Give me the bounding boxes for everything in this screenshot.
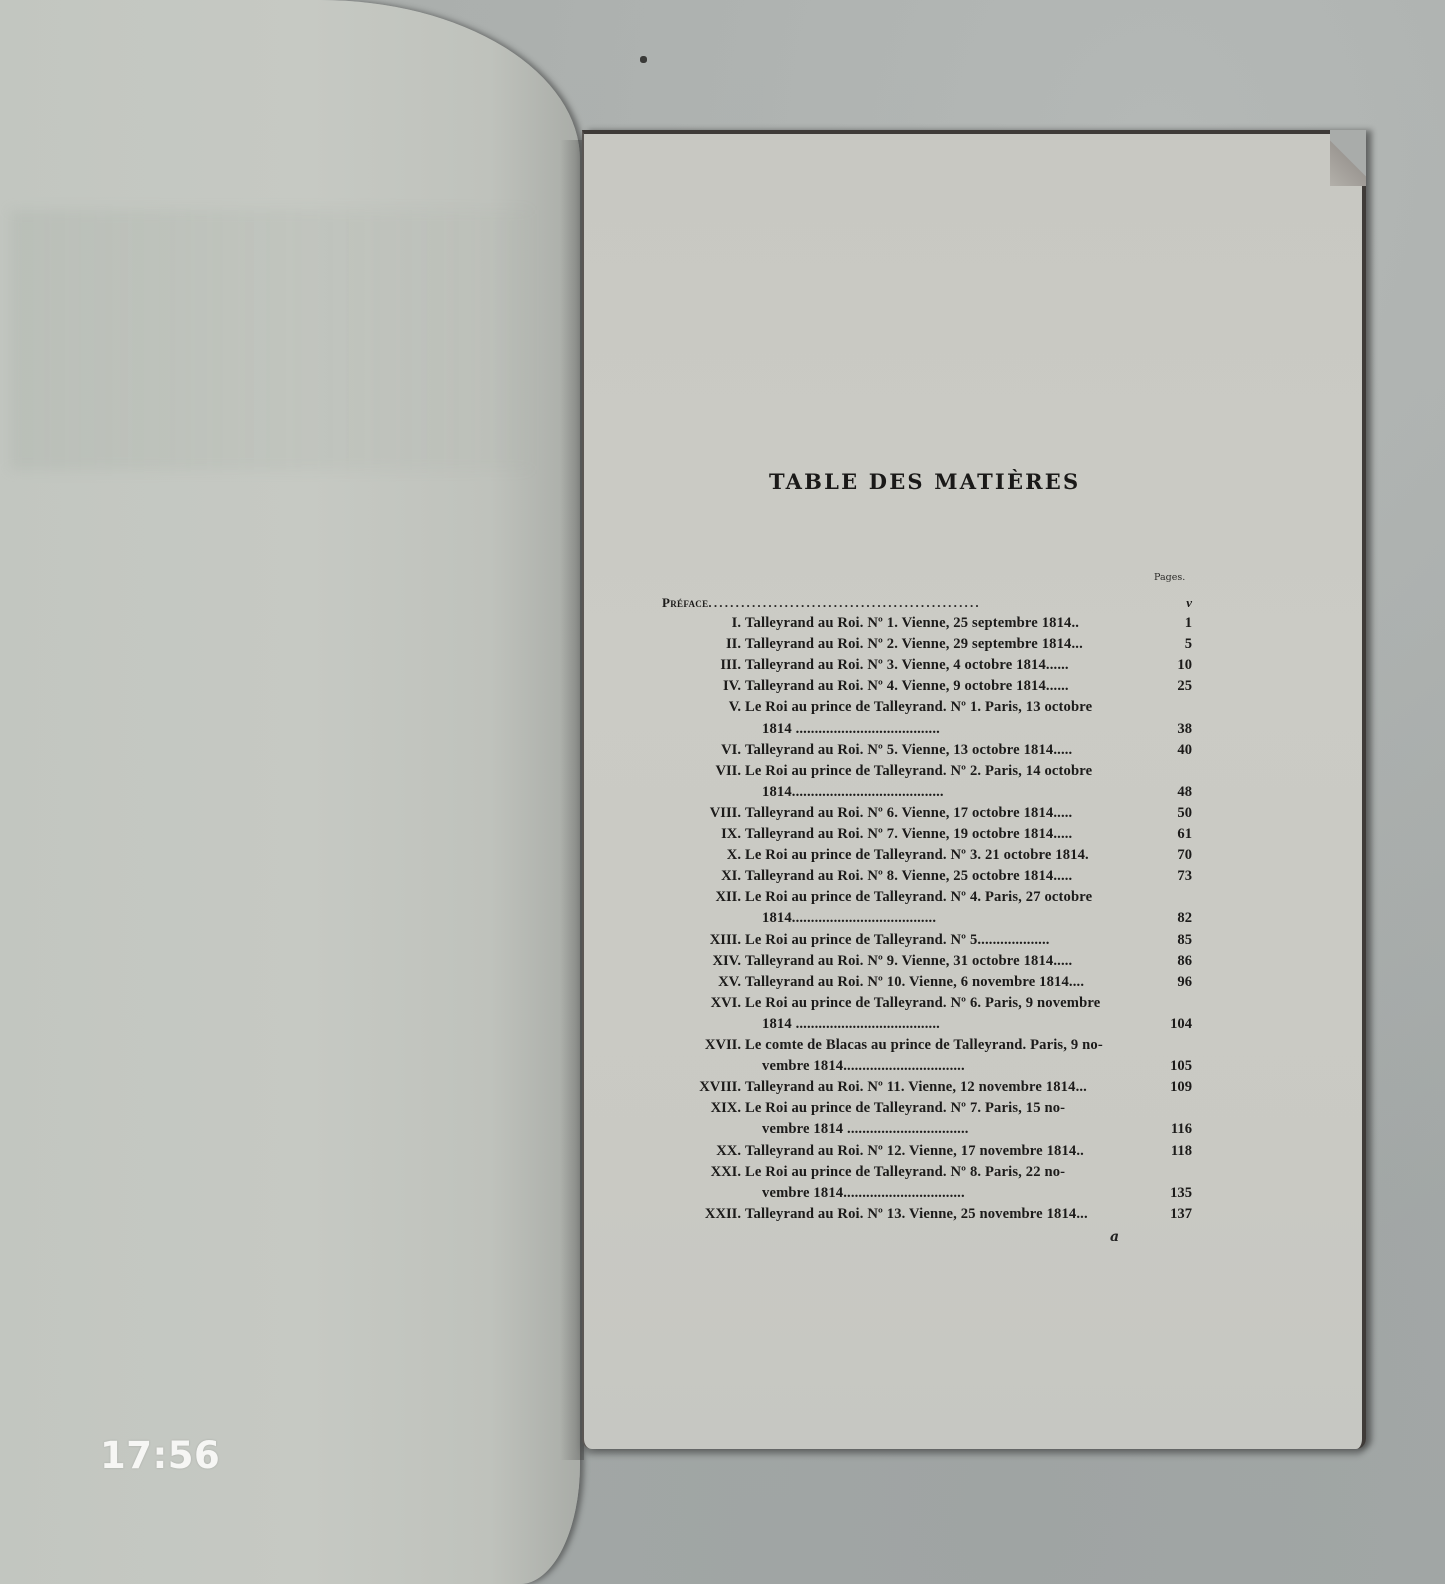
entry-roman-numeral: II. — [641, 634, 741, 655]
entry-roman-numeral: VIII. — [641, 803, 741, 824]
toc-entry-row: VIII.Talleyrand au Roi. Nº 6. Vienne, 17… — [662, 803, 1192, 824]
entry-page-number: 82 — [1152, 908, 1192, 929]
entry-roman-numeral: XXI. — [641, 1162, 741, 1183]
entry-title: Le Roi au prince de Talleyrand. Nº 8. Pa… — [745, 1162, 1145, 1183]
left-page-verso — [0, 0, 580, 1584]
toc-entry-row: vembre 1814.............................… — [662, 1056, 1192, 1077]
pages-column-header: Pages. — [1154, 572, 1185, 583]
toc-entry-row: XVIII.Talleyrand au Roi. Nº 11. Vienne, … — [662, 1077, 1192, 1098]
toc-preface-row: Préface.................................… — [662, 592, 1192, 613]
toc-entry-row: X.Le Roi au prince de Talleyrand. Nº 3. … — [662, 845, 1192, 866]
toc-entry-row: IX.Talleyrand au Roi. Nº 7. Vienne, 19 o… — [662, 824, 1192, 845]
entry-title: Talleyrand au Roi. Nº 7. Vienne, 19 octo… — [745, 824, 1145, 845]
entry-title: Talleyrand au Roi. Nº 13. Vienne, 25 nov… — [745, 1204, 1145, 1225]
right-page-recto: TABLE DES MATIÈRES Pages. Préface.......… — [582, 130, 1366, 1449]
entry-page-number: 118 — [1152, 1141, 1192, 1162]
toc-entry-row: XXII.Talleyrand au Roi. Nº 13. Vienne, 2… — [662, 1204, 1192, 1225]
toc-entry-row: 1814....................................… — [662, 908, 1192, 929]
entry-roman-numeral: XVIII. — [641, 1077, 741, 1098]
entry-page-number: 86 — [1152, 951, 1192, 972]
entry-title: Le Roi au prince de Talleyrand. Nº 5....… — [745, 930, 1145, 951]
entry-roman-numeral: XIV. — [641, 951, 741, 972]
entry-roman-numeral: XI. — [641, 866, 741, 887]
entry-roman-numeral: I. — [641, 613, 741, 634]
entry-page-number: 38 — [1152, 719, 1192, 740]
entry-title: Le Roi au prince de Talleyrand. Nº 3. 21… — [745, 845, 1145, 866]
entry-page-number: 50 — [1152, 803, 1192, 824]
entry-title: Talleyrand au Roi. Nº 10. Vienne, 6 nove… — [745, 972, 1145, 993]
entry-roman-numeral: VI. — [641, 740, 741, 761]
entry-page-number: 40 — [1152, 740, 1192, 761]
entry-roman-numeral: X. — [641, 845, 741, 866]
entry-roman-numeral: XVII. — [641, 1035, 741, 1056]
entry-title: Talleyrand au Roi. Nº 1. Vienne, 25 sept… — [745, 613, 1145, 634]
preface-label: Préface.................................… — [662, 592, 1142, 613]
entry-title: Talleyrand au Roi. Nº 4. Vienne, 9 octob… — [745, 676, 1145, 697]
photo-timestamp: 17:56 — [100, 1434, 220, 1477]
entry-page-number: 10 — [1152, 655, 1192, 676]
entry-page-number: 109 — [1152, 1077, 1192, 1098]
entry-title: Talleyrand au Roi. Nº 3. Vienne, 4 octob… — [745, 655, 1145, 676]
page-title: TABLE DES MATIÈRES — [769, 469, 1080, 494]
toc-entry-row: XII.Le Roi au prince de Talleyrand. Nº 4… — [662, 887, 1192, 908]
toc-entry-row: XIX.Le Roi au prince de Talleyrand. Nº 7… — [662, 1098, 1192, 1119]
entry-title-continuation: 1814....................................… — [762, 908, 1145, 929]
entry-roman-numeral: XIII. — [641, 930, 741, 951]
entry-roman-numeral: III. — [641, 655, 741, 676]
entry-page-number: 137 — [1152, 1204, 1192, 1225]
toc-entry-row: I.Talleyrand au Roi. Nº 1. Vienne, 25 se… — [662, 613, 1192, 634]
entry-roman-numeral: IX. — [641, 824, 741, 845]
entry-title-continuation: 1814 ...................................… — [762, 1014, 1145, 1035]
toc-entry-row: XIII.Le Roi au prince de Talleyrand. Nº … — [662, 930, 1192, 951]
entry-roman-numeral: XIX. — [641, 1098, 741, 1119]
entry-title: Le Roi au prince de Talleyrand. Nº 7. Pa… — [745, 1098, 1145, 1119]
entry-title-continuation: vembre 1814 ............................… — [762, 1119, 1145, 1140]
entry-title: Le Roi au prince de Talleyrand. Nº 4. Pa… — [745, 887, 1145, 908]
entry-page-number: 48 — [1152, 782, 1192, 803]
entry-title: Talleyrand au Roi. Nº 11. Vienne, 12 nov… — [745, 1077, 1145, 1098]
toc-entry-row: 1814 ...................................… — [662, 1014, 1192, 1035]
entry-page-number: 70 — [1152, 845, 1192, 866]
entry-roman-numeral: XX. — [641, 1141, 741, 1162]
toc-entry-row: 1814 ...................................… — [662, 719, 1192, 740]
folded-corner — [1330, 130, 1366, 186]
toc-entry-row: V.Le Roi au prince de Talleyrand. Nº 1. … — [662, 697, 1192, 718]
entry-roman-numeral: V. — [641, 697, 741, 718]
toc-entry-row: vembre 1814.............................… — [662, 1183, 1192, 1204]
entry-title-continuation: 1814....................................… — [762, 782, 1145, 803]
entry-roman-numeral: XII. — [641, 887, 741, 908]
entry-page-number: 25 — [1152, 676, 1192, 697]
dirt-speck — [640, 56, 647, 63]
entry-title: Talleyrand au Roi. Nº 8. Vienne, 25 octo… — [745, 866, 1145, 887]
entry-page-number: 96 — [1152, 972, 1192, 993]
entry-title: Le Roi au prince de Talleyrand. Nº 2. Pa… — [745, 761, 1145, 782]
entry-page-number: 1 — [1152, 613, 1192, 634]
entry-title-continuation: vembre 1814.............................… — [762, 1183, 1145, 1204]
entry-title: Talleyrand au Roi. Nº 5. Vienne, 13 octo… — [745, 740, 1145, 761]
entry-title: Talleyrand au Roi. Nº 12. Vienne, 17 nov… — [745, 1141, 1145, 1162]
gutter-shadow — [560, 140, 584, 1460]
entry-title-continuation: 1814 ...................................… — [762, 719, 1145, 740]
entry-page-number: 116 — [1152, 1119, 1192, 1140]
entry-page-number: 73 — [1152, 866, 1192, 887]
toc-entry-row: IV.Talleyrand au Roi. Nº 4. Vienne, 9 oc… — [662, 676, 1192, 697]
toc-entry-row: vembre 1814 ............................… — [662, 1119, 1192, 1140]
toc-entry-row: XVII.Le comte de Blacas au prince de Tal… — [662, 1035, 1192, 1056]
entry-roman-numeral: VII. — [641, 761, 741, 782]
entry-title: Talleyrand au Roi. Nº 2. Vienne, 29 sept… — [745, 634, 1145, 655]
entry-page-number: 5 — [1152, 634, 1192, 655]
entry-page-number: 61 — [1152, 824, 1192, 845]
toc-entry-row: VI.Talleyrand au Roi. Nº 5. Vienne, 13 o… — [662, 740, 1192, 761]
entry-page-number: 104 — [1152, 1014, 1192, 1035]
entry-roman-numeral: IV. — [641, 676, 741, 697]
entry-title: Le Roi au prince de Talleyrand. Nº 6. Pa… — [745, 993, 1145, 1014]
toc-entry-row: 1814....................................… — [662, 782, 1192, 803]
preface-page: v — [1152, 592, 1192, 613]
toc-entry-row: VII.Le Roi au prince de Talleyrand. Nº 2… — [662, 761, 1192, 782]
entry-roman-numeral: XVI. — [641, 993, 741, 1014]
entry-title: Talleyrand au Roi. Nº 9. Vienne, 31 octo… — [745, 951, 1145, 972]
entry-title: Le Roi au prince de Talleyrand. Nº 1. Pa… — [745, 697, 1145, 718]
entry-page-number: 105 — [1152, 1056, 1192, 1077]
entry-roman-numeral: XXII. — [641, 1204, 741, 1225]
toc-entry-row: XIV.Talleyrand au Roi. Nº 9. Vienne, 31 … — [662, 951, 1192, 972]
entry-title: Le comte de Blacas au prince de Talleyra… — [745, 1035, 1145, 1056]
toc-entry-row: XVI.Le Roi au prince de Talleyrand. Nº 6… — [662, 993, 1192, 1014]
signature-mark: a — [1110, 1229, 1119, 1245]
entry-roman-numeral: XV. — [641, 972, 741, 993]
entry-page-number: 85 — [1152, 930, 1192, 951]
toc-entry-row: XXI.Le Roi au prince de Talleyrand. Nº 8… — [662, 1162, 1192, 1183]
toc-entry-row: XI.Talleyrand au Roi. Nº 8. Vienne, 25 o… — [662, 866, 1192, 887]
toc-entry-row: XX.Talleyrand au Roi. Nº 12. Vienne, 17 … — [662, 1141, 1192, 1162]
toc-entry-row: II.Talleyrand au Roi. Nº 2. Vienne, 29 s… — [662, 634, 1192, 655]
entry-title-continuation: vembre 1814.............................… — [762, 1056, 1145, 1077]
toc-entry-row: III.Talleyrand au Roi. Nº 3. Vienne, 4 o… — [662, 655, 1192, 676]
entry-title: Talleyrand au Roi. Nº 6. Vienne, 17 octo… — [745, 803, 1145, 824]
entry-page-number: 135 — [1152, 1183, 1192, 1204]
toc-entry-row: XV.Talleyrand au Roi. Nº 10. Vienne, 6 n… — [662, 972, 1192, 993]
